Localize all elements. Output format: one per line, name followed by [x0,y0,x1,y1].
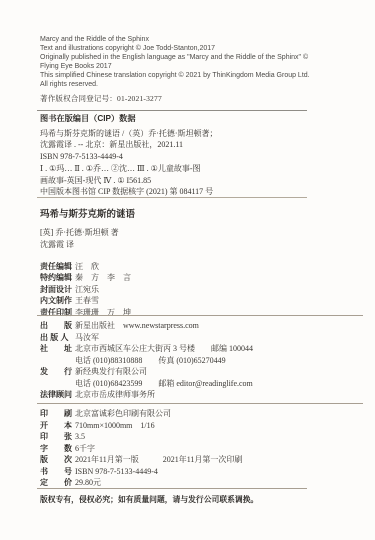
credit-row: 特约编辑 秦 方 李 言 [40,272,360,283]
cip-line: 玛希与斯芬克斯的谜语 /（英）乔·托德·斯坦顿著； [40,128,310,140]
credit-row: 责任印制 李珊珊 万 坤 [40,307,360,318]
divider [37,488,307,489]
credit-label: 责任印制 [40,307,75,318]
credit-value: 李珊珊 万 坤 [75,307,131,318]
publication-value: 电话 (010)88310888 传真 (010)65270449 [75,355,226,367]
publication-label: 法律顾问 [40,389,75,401]
book-author: [英] 乔·托德·斯坦顿 著 [40,227,135,239]
publication-label: 发 行 [40,366,75,378]
credit-value: 王春雪 [75,295,99,306]
staff-credits-block: 责任编辑 汪 欣 特约编辑 秦 方 李 言 封面设计 江宛乐 内文制作 王春雪 … [40,261,360,318]
cip-line: 沈露霞译 . -- 北京：新星出版社，2021.11 [40,139,310,151]
printing-label: 开 本 [40,420,75,432]
divider [37,403,363,404]
cip-heading: 图书在版编目（CIP）数据 [40,113,310,125]
credit-label: 内文制作 [40,295,75,306]
publication-row: 电话 (010)68423599 邮箱 editor@readinglife.c… [40,378,365,390]
cip-line: Ⅰ . ①玛… Ⅱ . ①乔… ②沈… Ⅲ . ①儿童故事-图 [40,163,310,175]
divider [37,197,307,198]
printing-label: 版 次 [40,454,75,466]
printing-value: 北京富诚彩色印刷有限公司 [75,408,171,420]
publication-label: 出 版 人 [40,332,75,344]
credit-row: 封面设计 江宛乐 [40,284,360,295]
credit-row: 内文制作 王春雪 [40,295,360,306]
publication-row: 发 行 新经典发行有限公司 [40,366,365,378]
copyright-line: Text and illustrations copyright © Joe T… [40,44,350,53]
printing-row: 定 价 29.80元 [40,477,365,489]
printing-row: 字 数 6千字 [40,443,365,455]
credit-row: 责任编辑 汪 欣 [40,261,360,272]
printing-label: 定 价 [40,477,75,489]
copyright-line: All rights reserved. [40,80,350,89]
printing-row: 书 号 ISBN 978-7-5133-4449-4 [40,466,365,478]
printing-value: 2021年11月第一版 2021年11月第一次印刷 [75,454,242,466]
printing-value: 29.80元 [75,477,101,489]
divider [37,110,307,111]
publication-label: 出 版 [40,320,75,332]
credit-value: 汪 欣 [75,261,99,272]
publication-row: 出 版 新星出版社 www.newstarpress.com [40,320,365,332]
printing-label: 印 张 [40,431,75,443]
cip-data-block: 图书在版编目（CIP）数据 玛希与斯芬克斯的谜语 /（英）乔·托德·斯坦顿著； … [40,113,310,198]
credit-value: 江宛乐 [75,284,99,295]
copyright-notice: 版权专有，侵权必究；如有质量问题，请与发行公司联系调换。 [40,494,258,505]
publication-value: 新经典发行有限公司 [75,366,147,378]
book-title: 玛希与斯芬克斯的谜语 [40,206,135,220]
publication-row: 出 版 人 马汝军 [40,332,365,344]
copyright-line: Marcy and the Riddle of the Sphinx [40,35,350,44]
printing-row: 开 本 710mm×1000mm 1/16 [40,420,365,432]
credit-label: 责任编辑 [40,261,75,272]
printing-label: 书 号 [40,466,75,478]
copyright-line: Flying Eye Books 2017 [40,62,350,71]
cip-line: 画故事-英国-现代 Ⅳ . ① I561.85 [40,175,310,187]
colophon-page: Marcy and the Riddle of the Sphinx Text … [0,0,375,540]
publication-value: 北京市西城区车公庄大街丙 3 号楼 邮编 100044 [75,343,253,355]
printing-label: 印 刷 [40,408,75,420]
publication-value: 电话 (010)68423599 邮箱 editor@readinglife.c… [75,378,253,390]
printing-value: 3.5 [75,431,85,443]
copyright-line: This simplified Chinese translation copy… [40,71,350,80]
printing-row: 印 刷 北京富诚彩色印刷有限公司 [40,408,365,420]
printing-info-block: 印 刷 北京富诚彩色印刷有限公司 开 本 710mm×1000mm 1/16 印… [40,408,365,489]
printing-value: 6千字 [75,443,95,455]
printing-value: ISBN 978-7-5133-4449-4 [75,466,158,478]
copyright-line: Originally published in the English lang… [40,53,350,62]
book-translator: 沈露霞 译 [40,239,135,251]
divider [37,315,363,316]
credit-label: 封面设计 [40,284,75,295]
english-copyright-block: Marcy and the Riddle of the Sphinx Text … [40,35,350,89]
publication-value: 马汝军 [75,332,99,344]
credit-value: 秦 方 李 言 [75,272,131,283]
cip-line: ISBN 978-7-5133-4449-4 [40,151,310,163]
publication-value: 北京市岳成律师事务所 [75,389,155,401]
printing-row: 印 张 3.5 [40,431,365,443]
printing-row: 版 次 2021年11月第一版 2021年11月第一次印刷 [40,454,365,466]
publication-label [40,355,75,367]
copyright-registration-number: 著作版权合同登记号：01-2021-3277 [40,93,162,104]
publication-row: 电话 (010)88310888 传真 (010)65270449 [40,355,365,367]
publication-row: 社 址 北京市西城区车公庄大街丙 3 号楼 邮编 100044 [40,343,365,355]
printing-value: 710mm×1000mm 1/16 [75,420,155,432]
publication-row: 法律顾问 北京市岳成律师事务所 [40,389,365,401]
publication-value: 新星出版社 www.newstarpress.com [75,320,199,332]
publication-label [40,378,75,390]
book-title-block: 玛希与斯芬克斯的谜语 [英] 乔·托德·斯坦顿 著 沈露霞 译 [40,206,135,251]
credit-label: 特约编辑 [40,272,75,283]
printing-label: 字 数 [40,443,75,455]
publication-info-block: 出 版 新星出版社 www.newstarpress.com 出 版 人 马汝军… [40,320,365,401]
publication-label: 社 址 [40,343,75,355]
